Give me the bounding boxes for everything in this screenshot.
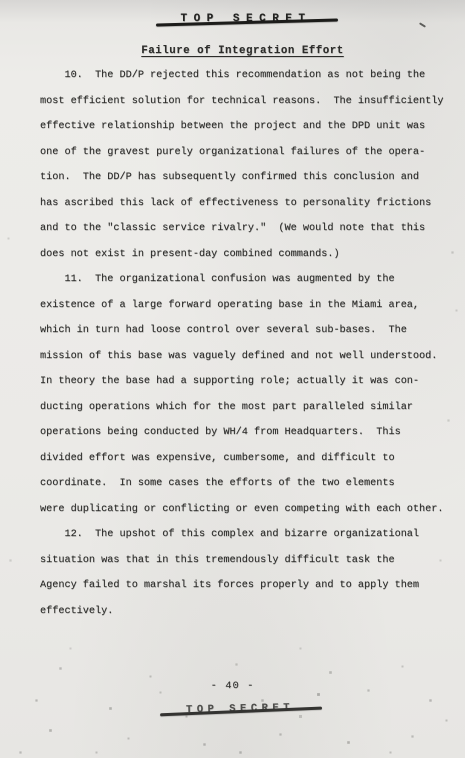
page-number: - 40 - [0,680,465,692]
paragraph-line: divided effort was expensive, cumbersome… [40,446,455,472]
document-body: 10. The DD/P rejected this recommendatio… [40,63,455,624]
paragraph-line: 12. The upshot of this complex and bizar… [40,522,455,548]
paragraph-line: mission of this base was vaguely defined… [40,344,455,370]
paragraph-line: were duplicating or conflicting or even … [40,497,455,523]
paragraph-line: most efficient solution for technical re… [40,89,455,115]
document-heading: Failure of Integration Effort [20,45,465,57]
document-page: TOP SECRET Failure of Integration Effort… [0,0,465,758]
paragraph-line: does not exist in present-day combined c… [40,242,455,268]
paragraph-line: which in turn had loose control over sev… [40,318,455,344]
paragraph-line: tion. The DD/P has subsequently confirme… [40,165,455,191]
paragraph-line: one of the gravest purely organizational… [40,140,455,166]
paragraph-line: operations being conducted by WH/4 from … [40,420,455,446]
ink-smudge-mark [419,22,426,27]
paragraph-line: Agency failed to marshal its forces prop… [40,573,455,599]
paragraph-line: In theory the base had a supporting role… [40,369,455,395]
paragraph-line: situation was that in this tremendously … [40,548,455,574]
paragraph-line: has ascribed this lack of effectiveness … [40,191,455,217]
paragraph-line: coordinate. In some cases the efforts of… [40,471,455,497]
paragraph-line: existence of a large forward operating b… [40,293,455,319]
classification-stamp-bottom: TOP SECRET [170,702,310,717]
classification-stamp-top: TOP SECRET [168,13,324,25]
paragraph-line: 11. The organizational confusion was aug… [40,267,455,293]
paragraph-line: effective relationship between the proje… [40,114,455,140]
paragraph-line: and to the "classic service rivalry." (W… [40,216,455,242]
paragraph-line: 10. The DD/P rejected this recommendatio… [40,63,455,89]
scan-noise-speckles [0,0,1,1]
paragraph-line: ducting operations which for the most pa… [40,395,455,421]
paragraph-line: effectively. [40,599,455,625]
